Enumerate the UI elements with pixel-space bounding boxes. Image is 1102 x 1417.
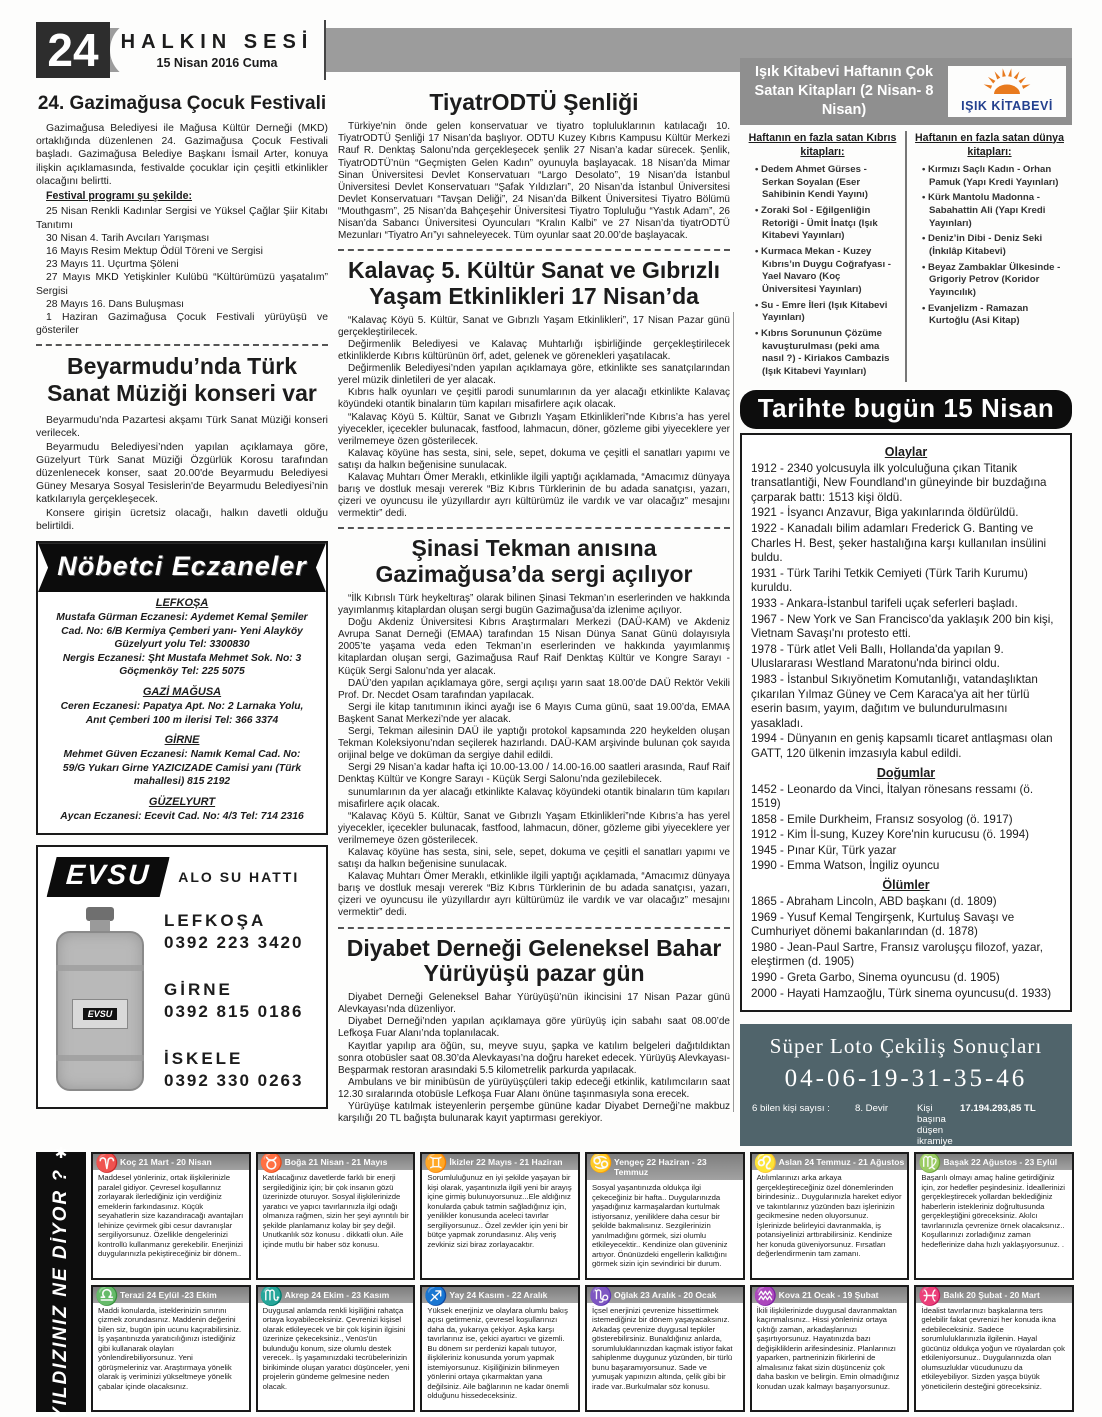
article-body: Diyabet Derneği Geleneksel Bahar Yürüyüş… <box>338 992 730 1125</box>
zodiac-dates: 24 Kasım - 22 Aralık <box>467 1290 548 1300</box>
zodiac-name: Kova <box>779 1290 800 1300</box>
zodiac-icon: ♓ <box>918 1287 942 1306</box>
article-paragraph: Sergi 29 Nisan’a kadar hafta içi 10.00-1… <box>338 762 730 786</box>
lotto-title: Süper Loto Çekiliş Sonuçları <box>752 1034 1060 1059</box>
right-column: Işık Kitabevi Haftanın Çok Satan Kitapla… <box>740 58 1072 1146</box>
article-body: “Kalavaç Köyü 5. Kültür, Sanat ve Gıbrız… <box>338 315 730 521</box>
zodiac-dates: 24 Temmuz - 21 Ağustos <box>804 1157 904 1167</box>
article-paragraph: DAÜ’den yapılan açıklamaya göre, sergi a… <box>338 678 730 702</box>
zodiac-icon: ♐ <box>424 1287 448 1306</box>
lotto-row: 6 bilen kişi sayısı : 8. Devir Kişi başı… <box>752 1103 1060 1146</box>
zodiac-dates: 23 Aralık - 20 Ocak <box>640 1290 716 1300</box>
evsu-ad: EVSU ALO SU HATTI EVSU LEFKOŞA 0392 223 … <box>36 845 328 1109</box>
article-paragraph: Kalavaç Muhtarı Ömer Meraklı, etkinlikle… <box>338 472 730 520</box>
program-item: 16 Mayıs Resim Mektup Ödül Töreni ve Ser… <box>36 245 328 258</box>
article-body: Beyarmudu’nda Pazartesi akşamı Türk Sana… <box>36 414 328 533</box>
horoscope-banner-text: YILDIZINIZ NE DİYOR ? <box>50 1168 72 1417</box>
births-heading: Doğumlar <box>751 766 1061 780</box>
history-event: 1931 - Türk Tarihi Tetkik Cemiyeti (Türk… <box>751 567 1061 596</box>
horoscope-cell: Yay 24 Kasım - 22 Aralık ♐ Yüksek enerji… <box>420 1285 580 1413</box>
zodiac-name: Aslan <box>779 1157 802 1167</box>
horoscope-text: Sorumluluğunuz en iyi şekilde yaşayan bi… <box>422 1170 578 1251</box>
horoscope-cell: Balık 20 Şubat - 20 Mart ♓ İdealist tavı… <box>914 1285 1074 1413</box>
list-heading: Haftanın en fazla satan dünya kitapları: <box>915 131 1064 160</box>
pharmacy-city: GÜZELYURT <box>52 796 312 808</box>
evsu-phone-entry: İSKELE 0392 330 0263 <box>164 1049 303 1091</box>
evsu-phone-entry: LEFKOŞA 0392 223 3420 <box>164 911 303 953</box>
horoscope-text: Başarılı olmayı amaç haline getirdiğiniz… <box>916 1170 1072 1251</box>
article-paragraph: Diyabet Derneği Geleneksel Bahar Yürüyüş… <box>338 992 730 1016</box>
lotto-prize-amount: 17.194.293,85 TL <box>960 1103 1060 1114</box>
article-title: 24. Gazimağusa Çocuk Festivali <box>36 94 328 115</box>
article-paragraph: Kıbrıs halk oyunları ve çeşitli parodi s… <box>338 387 730 411</box>
column-divider <box>733 312 734 1112</box>
world-books-list: Haftanın en fazla satan dünya kitapları:… <box>905 131 1072 382</box>
pharmacy-details: Mehmet Güven Eczanesi: Namık Kemal Cad. … <box>52 748 312 789</box>
zodiac-icon: ♑ <box>589 1287 613 1306</box>
zodiac-dates: 21 Nisan - 21 Mayıs <box>309 1157 388 1167</box>
article-title: Diyabet Derneği Geleneksel Bahar Yürüyüş… <box>338 936 730 987</box>
festival-article: 24. Gazimağusa Çocuk Festivali Gazimağus… <box>36 94 328 337</box>
horoscope-cell: Akrep 24 Ekim - 23 Kasım ♏ Duygusal anla… <box>256 1285 416 1413</box>
article-paragraph: “Kalavaç Köyü 5. Kültür, Sanat ve Gıbrız… <box>338 811 730 847</box>
bookstore-logo-text: IŞIK KİTABEVİ <box>950 99 1064 113</box>
horoscope-text: İdealist tavırlarınızı başkalarına ters … <box>916 1303 1072 1394</box>
tiyatrodtu-article: TiyatrODTÜ Şenliği Türkiye'nin önde gele… <box>338 90 730 242</box>
article-paragraph: Gazimağusa Belediyesi ile Mağusa Kültür … <box>36 122 328 188</box>
evsu-city: GİRNE <box>164 980 303 1000</box>
pharmacy-city: GAZİ MAĞUSA <box>52 686 312 698</box>
water-bottle-image: EVSU <box>48 907 152 1095</box>
program-list: 25 Nisan Renkli Kadınlar Sergisi ve Yüks… <box>36 205 328 337</box>
pharmacy-box: Nöbetci Eczaneler LEFKOŞA Mustafa Gürman… <box>36 541 328 835</box>
book-item: Beyaz Zambaklar Ülkesinde - Grigoriy Pet… <box>915 262 1064 300</box>
zodiac-name: Akrep <box>285 1290 309 1300</box>
horoscope-cell: Oğlak 23 Aralık - 20 Ocak ♑ İçsel enerji… <box>585 1285 745 1413</box>
horoscope-banner: ✱ YILDIZINIZ NE DİYOR ? <box>36 1152 86 1412</box>
zodiac-name: Başak <box>943 1157 968 1167</box>
dashed-divider <box>338 927 730 929</box>
zodiac-icon: ♊ <box>424 1154 448 1173</box>
zodiac-icon: ♈ <box>95 1154 119 1173</box>
article-paragraph: “Kalavaç Köyü 5. Kültür, Sanat ve Gıbrız… <box>338 315 730 339</box>
zodiac-dates: 21 Mart - 20 Nisan <box>139 1157 212 1167</box>
history-event: 1983 - İstanbul Sıkıyönetim Komutanlığı,… <box>751 673 1061 731</box>
bookstore-bestsellers: Işık Kitabevi Haftanın Çok Satan Kitapla… <box>740 58 1072 382</box>
zodiac-icon: ♌ <box>754 1154 778 1173</box>
history-title: Tarihte bugün 15 Nisan <box>740 390 1072 429</box>
article-paragraph: Sergi, Tekman ailesinin DAÜ ile yaptığı … <box>338 726 730 762</box>
zodiac-name: Yengeç <box>614 1157 644 1167</box>
article-paragraph: Kalavaç köyüne has sesta, sini, sele, se… <box>338 448 730 472</box>
evsu-phone-number: 0392 815 0186 <box>164 1002 303 1022</box>
zodiac-name: Yay <box>449 1290 464 1300</box>
history-birth: 1858 - Emile Durkheim, Fransız sosyolog … <box>751 813 1061 828</box>
zodiac-dates: 22 Ağustos - 23 Eylül <box>971 1157 1057 1167</box>
star-icon: ✱ <box>55 1144 68 1162</box>
zodiac-dates: 22 Mayıs - 21 Haziran <box>476 1157 562 1167</box>
book-item: Deniz’in Dibi - Deniz Seki (İnkılâp Kita… <box>915 233 1064 258</box>
kalavac-article: Kalavaç 5. Kültür Sanat ve Gıbrızlı Yaşa… <box>338 258 730 520</box>
evsu-phone-entry: GİRNE 0392 815 0186 <box>164 980 303 1022</box>
evsu-logo: EVSU <box>47 857 170 897</box>
newspaper-name: HALKIN SESİ <box>121 31 314 54</box>
horoscope-text: Atılımlarınızı arka arkaya gerçekleştire… <box>752 1170 908 1261</box>
zodiac-name: Terazi <box>120 1290 144 1300</box>
zodiac-name: Oğlak <box>614 1290 638 1300</box>
article-paragraph: “Kalavaç Köyü 5. Kültür, Sanat ve Gıbrız… <box>338 412 730 448</box>
bookstore-header: Işık Kitabevi Haftanın Çok Satan Kitapla… <box>746 63 942 120</box>
sinasi-article: Şinasi Tekman anısına Gazimağusa’da serg… <box>338 536 730 919</box>
middle-column: TiyatrODTÜ Şenliği Türkiye'nin önde gele… <box>338 88 730 1144</box>
events-heading: Olaylar <box>751 445 1061 459</box>
history-today: Tarihte bugün 15 Nisan Olaylar 1912 - 23… <box>740 390 1072 1013</box>
horoscope-cell: Boğa 21 Nisan - 21 Mayıs ♉ Katılacağınız… <box>256 1152 416 1280</box>
issue-date: 15 Nisan 2016 Cuma <box>157 56 278 70</box>
horoscope-text: Sosyal yaşantınızda oldukça ilgi çekeceğ… <box>587 1180 743 1271</box>
left-column: 24. Gazimağusa Çocuk Festivali Gazimağus… <box>36 90 328 1148</box>
pharmacy-list: LEFKOŞA Mustafa Gürman Eczanesi: Aydemet… <box>38 592 326 825</box>
article-paragraph: sunumlarının da yer alacağı etkinlikte K… <box>338 787 730 811</box>
article-title: Kalavaç 5. Kültür Sanat ve Gıbrızlı Yaşa… <box>338 258 730 309</box>
history-birth: 1912 - Kim İl-sung, Kuzey Kore'nin kuruc… <box>751 828 1061 843</box>
history-event: 1933 - Ankara-İstanbul tarifeli uçak sef… <box>751 597 1061 612</box>
zodiac-icon: ♉ <box>260 1154 284 1173</box>
deaths-heading: Ölümler <box>751 878 1061 892</box>
zodiac-icon: ♍ <box>918 1154 942 1173</box>
horoscope-cell: Terazi 24 Eylül -23 Ekim ♎ Maddi konular… <box>91 1285 251 1413</box>
lotto-tier-label: 6 bilen kişi sayısı : <box>752 1103 855 1114</box>
zodiac-dates: 21 Ocak - 19 Şubat <box>802 1290 878 1300</box>
article-body: “İlk Kıbrıslı Türk heykeltıraş” olarak b… <box>338 593 730 920</box>
horoscope-grid: Koç 21 Mart - 20 Nisan ♈ Maddesel yönler… <box>91 1152 1074 1412</box>
article-paragraph: Beyarmudu Belediyesi’nden yapılan açıkla… <box>36 441 328 507</box>
history-event: 1922 - Kanadalı bilim adamları Frederick… <box>751 522 1061 566</box>
article-paragraph: Türkiye'nin önde gelen konservatuar ve t… <box>338 121 730 242</box>
zodiac-icon: ♋ <box>589 1154 613 1173</box>
dashed-divider <box>338 527 730 529</box>
horoscope-text: Yüksek enerjiniz ve olaylara olumlu bakı… <box>422 1303 578 1403</box>
program-item: 1 Haziran Gazimağusa Çocuk Festivali yür… <box>36 311 328 337</box>
dashed-divider <box>338 249 730 251</box>
lotto-results: Süper Loto Çekiliş Sonuçları 04-06-19-31… <box>740 1024 1072 1146</box>
history-death: 1990 - Greta Garbo, Sinema oyuncusu (d. … <box>751 971 1061 986</box>
article-title: Şinasi Tekman anısına Gazimağusa’da serg… <box>338 536 730 587</box>
article-paragraph: Kalavaç köyüne has sesta, sini, sele, se… <box>338 847 730 871</box>
article-paragraph: Beyarmudu’nda Pazartesi akşamı Türk Sana… <box>36 414 328 440</box>
lotto-table: 6 bilen kişi sayısı : 8. Devir Kişi başı… <box>752 1103 1060 1146</box>
beyarmudu-article: Beyarmudu’nda Türk Sanat Müziği konseri … <box>36 353 328 533</box>
history-death: 1865 - Abraham Lincoln, ABD başkanı (d. … <box>751 895 1061 910</box>
history-event: 1978 - Türk atlet Veli Ballı, Hollanda'd… <box>751 643 1061 672</box>
history-death: 2000 - Hayati Hamzaoğlu, Türk sinema oyu… <box>751 987 1061 1002</box>
lotto-tier-count: 8. Devir <box>855 1103 917 1114</box>
program-item: 25 Nisan Renkli Kadınlar Sergisi ve Yüks… <box>36 205 328 231</box>
bottle-label-text: EVSU <box>83 1008 118 1020</box>
book-item: Su - Emre İleri (Işık Kitabevi Yayınları… <box>748 300 897 325</box>
horoscope-text: Maddesel yönleriniz, ortak ilişkileriniz… <box>93 1170 249 1261</box>
zodiac-name: İkizler <box>449 1157 473 1167</box>
zodiac-icon: ♏ <box>260 1287 284 1306</box>
evsu-tagline: ALO SU HATTI <box>178 869 299 885</box>
horoscope-cell: Kova 21 Ocak - 19 Şubat ♒ İkili ilişkile… <box>750 1285 910 1413</box>
horoscope-cell: Başak 22 Ağustos - 23 Eylül ♍ Başarılı o… <box>914 1152 1074 1280</box>
pharmacy-box-title: Nöbetci Eczaneler <box>38 543 326 592</box>
book-item: Evanjelizm - Ramazan Kurtoğlu (Asi Kitap… <box>915 303 1064 328</box>
evsu-city: İSKELE <box>164 1049 303 1069</box>
pharmacy-details: Aycan Eczanesi: Ecevit Cad. No: 4/3 Tel:… <box>52 810 312 824</box>
history-event: 1967 - New York ve San Francisco'da yakl… <box>751 613 1061 642</box>
history-event: 1912 - 2340 yolcusuyla ilk yolculuğuna ç… <box>751 462 1061 506</box>
horoscope-text: Katılacağınız davetlerde farklı bir ener… <box>258 1170 414 1251</box>
lotto-prize-label: Kişi başına düşen ikramiye tutarı: <box>917 1103 960 1146</box>
horoscope-cell: İkizler 22 Mayıs - 21 Haziran ♊ Sorumlul… <box>420 1152 580 1280</box>
book-item: Kırmızı Saçlı Kadın - Orhan Pamuk (Yapı … <box>915 164 1064 189</box>
article-title: TiyatrODTÜ Şenliği <box>338 90 730 115</box>
zodiac-dates: 20 Şubat - 20 Mart <box>966 1290 1040 1300</box>
pharmacy-section: GÜZELYURT Aycan Eczanesi: Ecevit Cad. No… <box>38 791 326 826</box>
program-item: 23 Mayıs 11. Uçurtma Şöleni <box>36 258 328 271</box>
evsu-phone-number: 0392 330 0263 <box>164 1071 303 1091</box>
lotto-numbers: 04-06-19-31-35-46 <box>752 1065 1060 1093</box>
horoscope-cell: Koç 21 Mart - 20 Nisan ♈ Maddesel yönler… <box>91 1152 251 1280</box>
book-item: Kurmaca Mekan - Kuzey Kıbrıs’ın Duygu Co… <box>748 246 897 297</box>
horoscope-cell: Yengeç 22 Haziran - 23 Temmuz ♋ Sosyal y… <box>585 1152 745 1280</box>
history-death: 1980 - Jean-Paul Sartre, Fransız varoluş… <box>751 941 1061 970</box>
article-title: Beyarmudu’nda Türk Sanat Müziği konseri … <box>36 353 328 406</box>
book-item: Kürk Mantolu Madonna - Sabahattin Ali (Y… <box>915 192 1064 230</box>
article-body: Türkiye'nin önde gelen konservatuar ve t… <box>338 121 730 242</box>
book-item: Zoraki Sol - Eğilgenliğin Retoriği - Ümi… <box>748 205 897 243</box>
horoscope-text: Maddi konularda, isteklerinizin sınırını… <box>93 1303 249 1394</box>
zodiac-name: Balık <box>943 1290 964 1300</box>
bookstore-logo: IŞIK KİTABEVİ <box>948 66 1066 117</box>
evsu-city: LEFKOŞA <box>164 911 303 931</box>
zodiac-name: Boğa <box>285 1157 306 1167</box>
zodiac-name: Koç <box>120 1157 136 1167</box>
pharmacy-section: GİRNE Mehmet Güven Eczanesi: Namık Kemal… <box>38 729 326 791</box>
history-event: 1994 - Dünyanın en geniş kapsamlı ticare… <box>751 732 1061 761</box>
pharmacy-details: Ceren Eczanesi: Papatya Apt. No: 2 Larna… <box>52 700 312 727</box>
article-paragraph: “İlk Kıbrıslı Türk heykeltıraş” olarak b… <box>338 593 730 617</box>
page-number: 24 <box>36 22 110 78</box>
article-paragraph: Kalavaç Muhtarı Ömer Meraklı, etkinlikle… <box>338 871 730 919</box>
zodiac-icon: ♎ <box>95 1287 119 1306</box>
article-paragraph: Değirmenlik Belediyesi’nden yapılan açık… <box>338 363 730 387</box>
zodiac-dates: 24 Ekim - 23 Kasım <box>311 1290 389 1300</box>
program-heading: Festival programı şu şekilde: <box>36 190 328 203</box>
dashed-divider <box>36 344 328 346</box>
program-item: 27 Mayıs MKD Yetişkinler Kulübü “Kültürü… <box>36 271 328 297</box>
pharmacy-section: LEFKOŞA Mustafa Gürman Eczanesi: Aydemet… <box>38 592 326 681</box>
history-birth: 1945 - Pınar Kür, Türk yazar <box>751 844 1061 859</box>
book-item: Dedem Ahmet Gürses - Serkan Soyalan (Ese… <box>748 164 897 202</box>
program-item: 30 Nisan 4. Tarih Avcıları Yarışması <box>36 232 328 245</box>
horoscope-text: Duygusal anlamda renkli kişiliğini rahat… <box>258 1303 414 1394</box>
masthead: HALKIN SESİ 15 Nisan 2016 Cuma <box>110 20 326 80</box>
program-item: 28 Mayıs 16. Dans Buluşması <box>36 298 328 311</box>
article-paragraph: Sergi ile kitap tanıtımının ikinci ayağı… <box>338 702 730 726</box>
zodiac-dates: 24 Eylül -23 Ekim <box>147 1290 217 1300</box>
pharmacy-section: GAZİ MAĞUSA Ceren Eczanesi: Papatya Apt.… <box>38 681 326 729</box>
article-paragraph: Kayıtlar yapılıp ara öğün, su, meyve suy… <box>338 1041 730 1077</box>
evsu-phone-number: 0392 223 3420 <box>164 933 303 953</box>
horoscope-text: İçsel enerjinizi çevrenize hissettirmek … <box>587 1303 743 1394</box>
sun-icon <box>962 68 1052 94</box>
pharmacy-city: LEFKOŞA <box>52 597 312 609</box>
history-birth: 1990 - Emma Watson, İngiliz oyuncu <box>751 859 1061 874</box>
pharmacy-city: GİRNE <box>52 734 312 746</box>
cyprus-books-list: Haftanın en fazla satan Kıbrıs kitapları… <box>740 131 905 382</box>
evsu-phone-list: LEFKOŞA 0392 223 3420 GİRNE 0392 815 018… <box>164 907 303 1095</box>
article-paragraph: Yürüyüşe katılmak isteyenlerin perşembe … <box>338 1101 730 1125</box>
pharmacy-details: Mustafa Gürman Eczanesi: Aydemet Kemal Ş… <box>52 611 312 679</box>
zodiac-icon: ♒ <box>754 1287 778 1306</box>
horoscope-cell: Aslan 24 Temmuz - 21 Ağustos ♌ Atılımlar… <box>750 1152 910 1280</box>
article-paragraph: Değirmenlik Belediyesi ve Kalavaç Muhtar… <box>338 339 730 363</box>
article-paragraph: Ambulans ve bir minibüsün de yürüyüşçüle… <box>338 1077 730 1101</box>
horoscope-section: ✱ YILDIZINIZ NE DİYOR ? Koç 21 Mart - 20… <box>36 1152 1074 1412</box>
horoscope-text: İkili ilişkilerinizde duygusal davranmak… <box>752 1303 908 1394</box>
list-heading: Haftanın en fazla satan Kıbrıs kitapları… <box>748 131 897 160</box>
history-death: 1969 - Yusuf Kemal Tengirşenk, Kurtuluş … <box>751 911 1061 940</box>
book-item: Kıbrıs Sorununun Çözüme kavuşturulması (… <box>748 328 897 379</box>
article-paragraph: Diyabet Derneği’nden yapılan açıklamaya … <box>338 1016 730 1040</box>
diyabet-article: Diyabet Derneği Geleneksel Bahar Yürüyüş… <box>338 936 730 1126</box>
article-paragraph: Doğu Akdeniz Üniversitesi Kıbrıs Araştır… <box>338 617 730 677</box>
article-paragraph: Konsere girişin ücretsiz olacağı, halkın… <box>36 507 328 533</box>
history-event: 1921 - İsyancı Anzavur, Biga yakınlarınd… <box>751 506 1061 521</box>
history-birth: 1452 - Leonardo da Vinci, İtalyan rönesa… <box>751 783 1061 812</box>
